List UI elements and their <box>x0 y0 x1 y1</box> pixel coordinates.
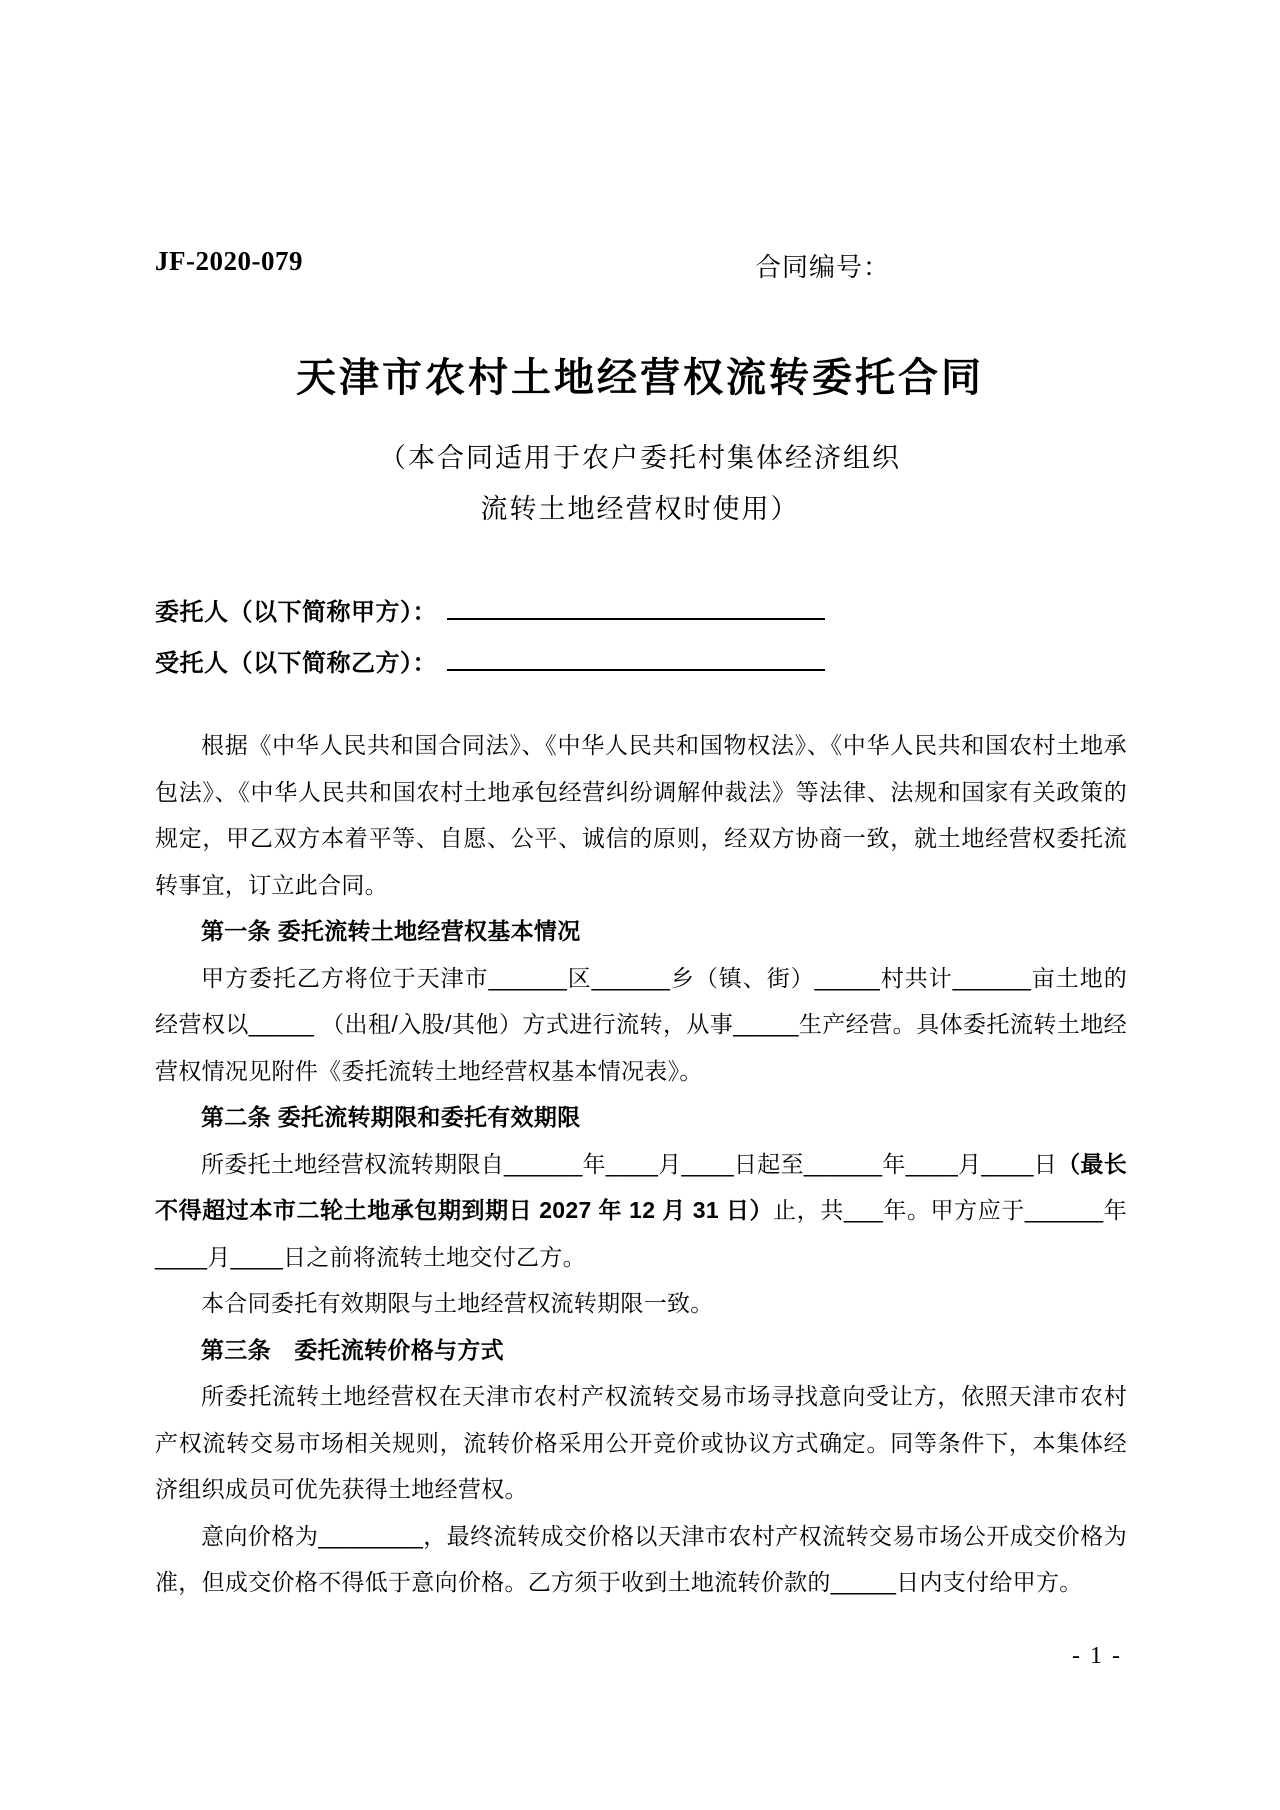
party-a-blank-field <box>447 592 825 620</box>
party-b-label: 受托人（以下简称乙方）： <box>155 650 437 677</box>
party-b-blank-field <box>447 643 825 671</box>
article-2-run-regular-start: 所委托土地经营权流转期限自______年____月____日起至______年_… <box>201 1151 1057 1177</box>
party-a-label: 委托人（以下简称甲方）： <box>155 599 437 626</box>
article-1-heading: 第一条 委托流转土地经营权基本情况 <box>155 908 1127 955</box>
title-note-line-2: 流转土地经营权时使用） <box>0 487 1280 526</box>
article-2-validity-paragraph: 本合同委托有效期限与土地经营权流转期限一致。 <box>155 1280 1127 1327</box>
contract-title: 天津市农村土地经营权流转委托合同 <box>0 346 1280 403</box>
party-b-row: 受托人（以下简称乙方）： <box>155 643 825 678</box>
article-2-heading: 第二条 委托流转期限和委托有效期限 <box>155 1094 1127 1141</box>
document-form-code: JF-2020-079 <box>155 246 303 276</box>
preamble-paragraph: 根据《中华人民共和国合同法》、《中华人民共和国物权法》、《中华人民共和国农村土地… <box>155 722 1127 908</box>
contract-number-label: 合同编号： <box>755 247 890 284</box>
article-3-price-paragraph: 意向价格为________，最终流转成交价格以天津市农村产权流转交易市场公开成交… <box>155 1513 1127 1606</box>
party-a-row: 委托人（以下简称甲方）： <box>155 592 825 627</box>
contract-document-page: JF-2020-079 合同编号： 天津市农村土地经营权流转委托合同 （本合同适… <box>0 0 1280 1810</box>
page-number: - 1 - <box>1072 1643 1122 1670</box>
document-header: JF-2020-079 合同编号： <box>155 246 1125 286</box>
article-3-paragraph: 所委托流转土地经营权在天津市农村产权流转交易市场寻找意向受让方，依照天津市农村产… <box>155 1373 1127 1513</box>
contract-body: 根据《中华人民共和国合同法》、《中华人民共和国物权法》、《中华人民共和国农村土地… <box>155 722 1127 1606</box>
article-3-heading: 第三条 委托流转价格与方式 <box>155 1327 1127 1374</box>
title-note-line-1: （本合同适用于农户委托村集体经济组织 <box>0 436 1280 475</box>
article-1-paragraph: 甲方委托乙方将位于天津市______区______乡（镇、街）_____村共计_… <box>155 955 1127 1095</box>
article-2-paragraph: 所委托土地经营权流转期限自______年____月____日起至______年_… <box>155 1141 1127 1281</box>
